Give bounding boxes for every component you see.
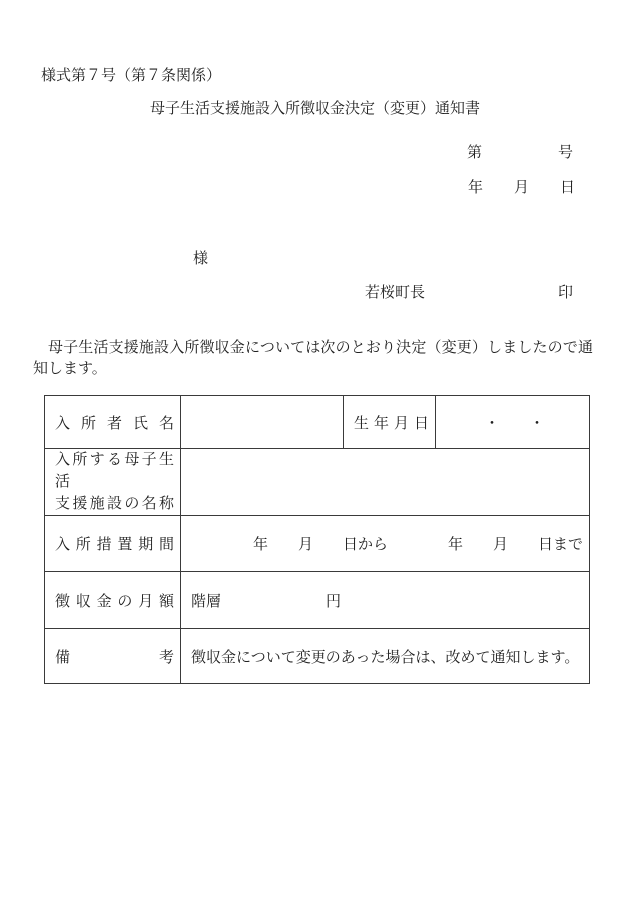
date-line: 年 月 日 (468, 176, 575, 197)
issuer-line: 若桜町長 印 (365, 281, 573, 302)
dob-label: 生年月日 (344, 396, 436, 449)
table-row-monthly-fee: 徴収金の月額 階層 円 (45, 572, 590, 629)
resident-name-label: 入所者氏名 (45, 396, 181, 449)
remarks-label: 備考 (45, 629, 181, 684)
facility-name-label-line1: 入所する母子生活 (55, 449, 174, 493)
issuer-title: 若桜町長 (365, 281, 425, 302)
dob-value-cell: ・ ・ (436, 396, 590, 449)
resident-name-value-cell (181, 396, 344, 449)
number-suffix: 号 (558, 141, 573, 162)
number-prefix: 第 (467, 141, 482, 162)
monthly-fee-value-cell: 階層 円 (181, 572, 590, 629)
date-year-label: 年 (468, 176, 483, 197)
facility-name-label: 入所する母子生活 支援施設の名称 (45, 449, 181, 516)
form-code: 様式第７号（第７条関係） (41, 64, 221, 85)
admission-period-label: 入所措置期間 (45, 516, 181, 572)
page-title: 母子生活支援施設入所徴収金決定（変更）通知書 (0, 97, 630, 118)
document-page: 様式第７号（第７条関係） 母子生活支援施設入所徴収金決定（変更）通知書 第 号 … (0, 0, 630, 915)
date-day-label: 日 (560, 176, 575, 197)
remarks-value-cell: 徴収金について変更のあった場合は、改めて通知します。 (181, 629, 590, 684)
date-month-label: 月 (514, 176, 529, 197)
table-row-facility-name: 入所する母子生活 支援施設の名称 (45, 449, 590, 516)
table-row-resident-name: 入所者氏名 生年月日 ・ ・ (45, 396, 590, 449)
addressee-honorific: 様 (193, 247, 208, 268)
table-row-admission-period: 入所措置期間 年 月 日から 年 月 日まで (45, 516, 590, 572)
seal-mark: 印 (558, 281, 573, 302)
facility-name-value-cell (181, 449, 590, 516)
table-row-remarks: 備考 徴収金について変更のあった場合は、改めて通知します。 (45, 629, 590, 684)
body-paragraph: 母子生活支援施設入所徴収金については次のとおり決定（変更）しましたので通知します… (33, 338, 593, 380)
monthly-fee-label: 徴収金の月額 (45, 572, 181, 629)
document-number-line: 第 号 (467, 141, 573, 162)
admission-period-value-cell: 年 月 日から 年 月 日まで (181, 516, 590, 572)
facility-name-label-line2: 支援施設の名称 (55, 493, 174, 515)
form-table: 入所者氏名 生年月日 ・ ・ 入所する母子生活 支援施設の名称 入所措置期間 年… (44, 395, 590, 684)
